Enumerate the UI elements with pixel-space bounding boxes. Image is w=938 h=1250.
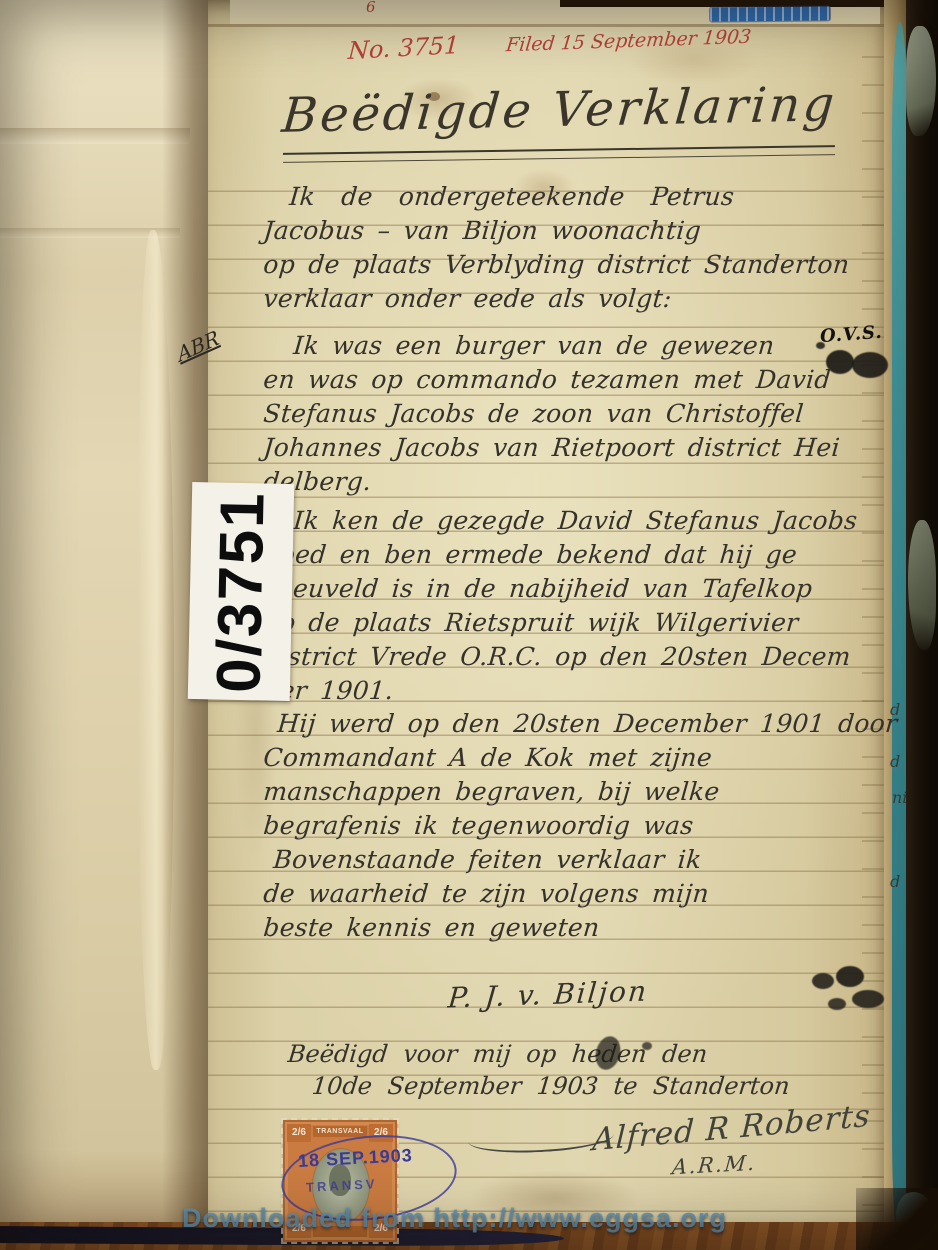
magistrate-title: A.R.M. [671,1151,758,1180]
paper-curl [908,520,936,650]
handwritten-line: goed en ben ermede bekend dat hij ge [262,538,905,572]
edge-pen-mark: d [890,700,900,719]
handwritten-line: begrafenis ik tegenwoordig was [262,809,905,843]
ink-blot [836,966,864,987]
handwritten-line: Bovenstaande feiten verklaar ik [262,843,905,877]
stamp-value: 2/6 [287,1124,311,1142]
ink-blot [852,990,884,1008]
document-photo: 6 No. 3751 Filed 15 September 1903 Beëdi… [0,0,938,1250]
handwritten-line: sneuveld is in de nabijheid van Tafelkop [262,572,905,606]
edge-pen-mark: d [890,752,900,771]
handwritten-line: Stefanus Jacobs de zoon van Christoffel [262,397,905,431]
handwritten-line: Ik was een burger van de gewezen [262,329,905,363]
page-top-edge-line [208,24,886,27]
handwritten-line: op de plaats Verblyding district Stander… [262,248,905,282]
declaration-paragraph-3: Ik ken de gezegde David Stefanus Jacobsg… [262,504,902,708]
photo-top-edge [560,0,938,7]
jurat-line-2: 10de September 1903 te Standerton [311,1072,792,1100]
blue-stamp-strip [710,6,830,21]
handwritten-line: beste kennis en geweten [262,911,905,945]
handwritten-line: ber 1901. [262,674,905,708]
handwritten-line: Ik ken de gezegde David Stefanus Jacobs [262,504,905,538]
handwritten-line: en was op commando tezamen met David [262,363,905,397]
archive-label: 0/3751 [188,482,295,701]
archive-label-number: 0/3751 [203,490,278,693]
handwritten-line: manschappen begraven, bij welke [262,775,905,809]
handwritten-line: Commandant A de Kok met zijne [262,741,905,775]
case-number-annotation: No. 3751 [347,31,460,65]
declaration-paragraph-4: Hij werd op den 20sten December 1901 doo… [262,707,902,843]
handwritten-line: Ik de ondergeteekende Petrus [262,180,905,214]
site-watermark: Downloaded from http://www.eggsa.org [182,1203,727,1234]
ink-blot [812,973,834,989]
edge-pen-mark: ni [892,788,907,807]
stamp-country: TRANSVAAL [313,1126,367,1137]
handwritten-line: Jacobus – van Biljon woonachtig [262,214,905,248]
ink-blot [642,1042,652,1050]
edge-pen-marks: ddnid [890,700,916,920]
declaration-paragraph-1: Ik de ondergeteekende PetrusJacobus – va… [262,180,902,316]
handwritten-line: op de plaats Rietspruit wijk Wilgerivier [262,606,905,640]
ink-blot [828,998,846,1010]
red-top-mark: 6 [366,0,376,16]
handwritten-line: Johannes Jacobs van Rietpoort district H… [262,431,905,465]
handwritten-line: de waarheid te zijn volgens mijn [262,877,905,911]
handwritten-line: district Vrede O.R.C. op den 20sten Dece… [262,640,905,674]
handwritten-line: delberg. [262,465,905,499]
photo-bottom-corner [856,1188,938,1250]
handwritten-line: verklaar onder eede als volgt: [262,282,905,316]
document-title: Beëdigde Verklaring [280,76,839,144]
handwritten-line: Hij werd op den 20sten December 1901 doo… [262,707,905,741]
declaration-paragraph-2: Ik was een burger van de gewezenen was o… [262,329,902,499]
declaration-paragraph-5: Bovenstaande feiten verklaar ikde waarhe… [262,843,902,945]
edge-pen-mark: d [890,872,900,891]
